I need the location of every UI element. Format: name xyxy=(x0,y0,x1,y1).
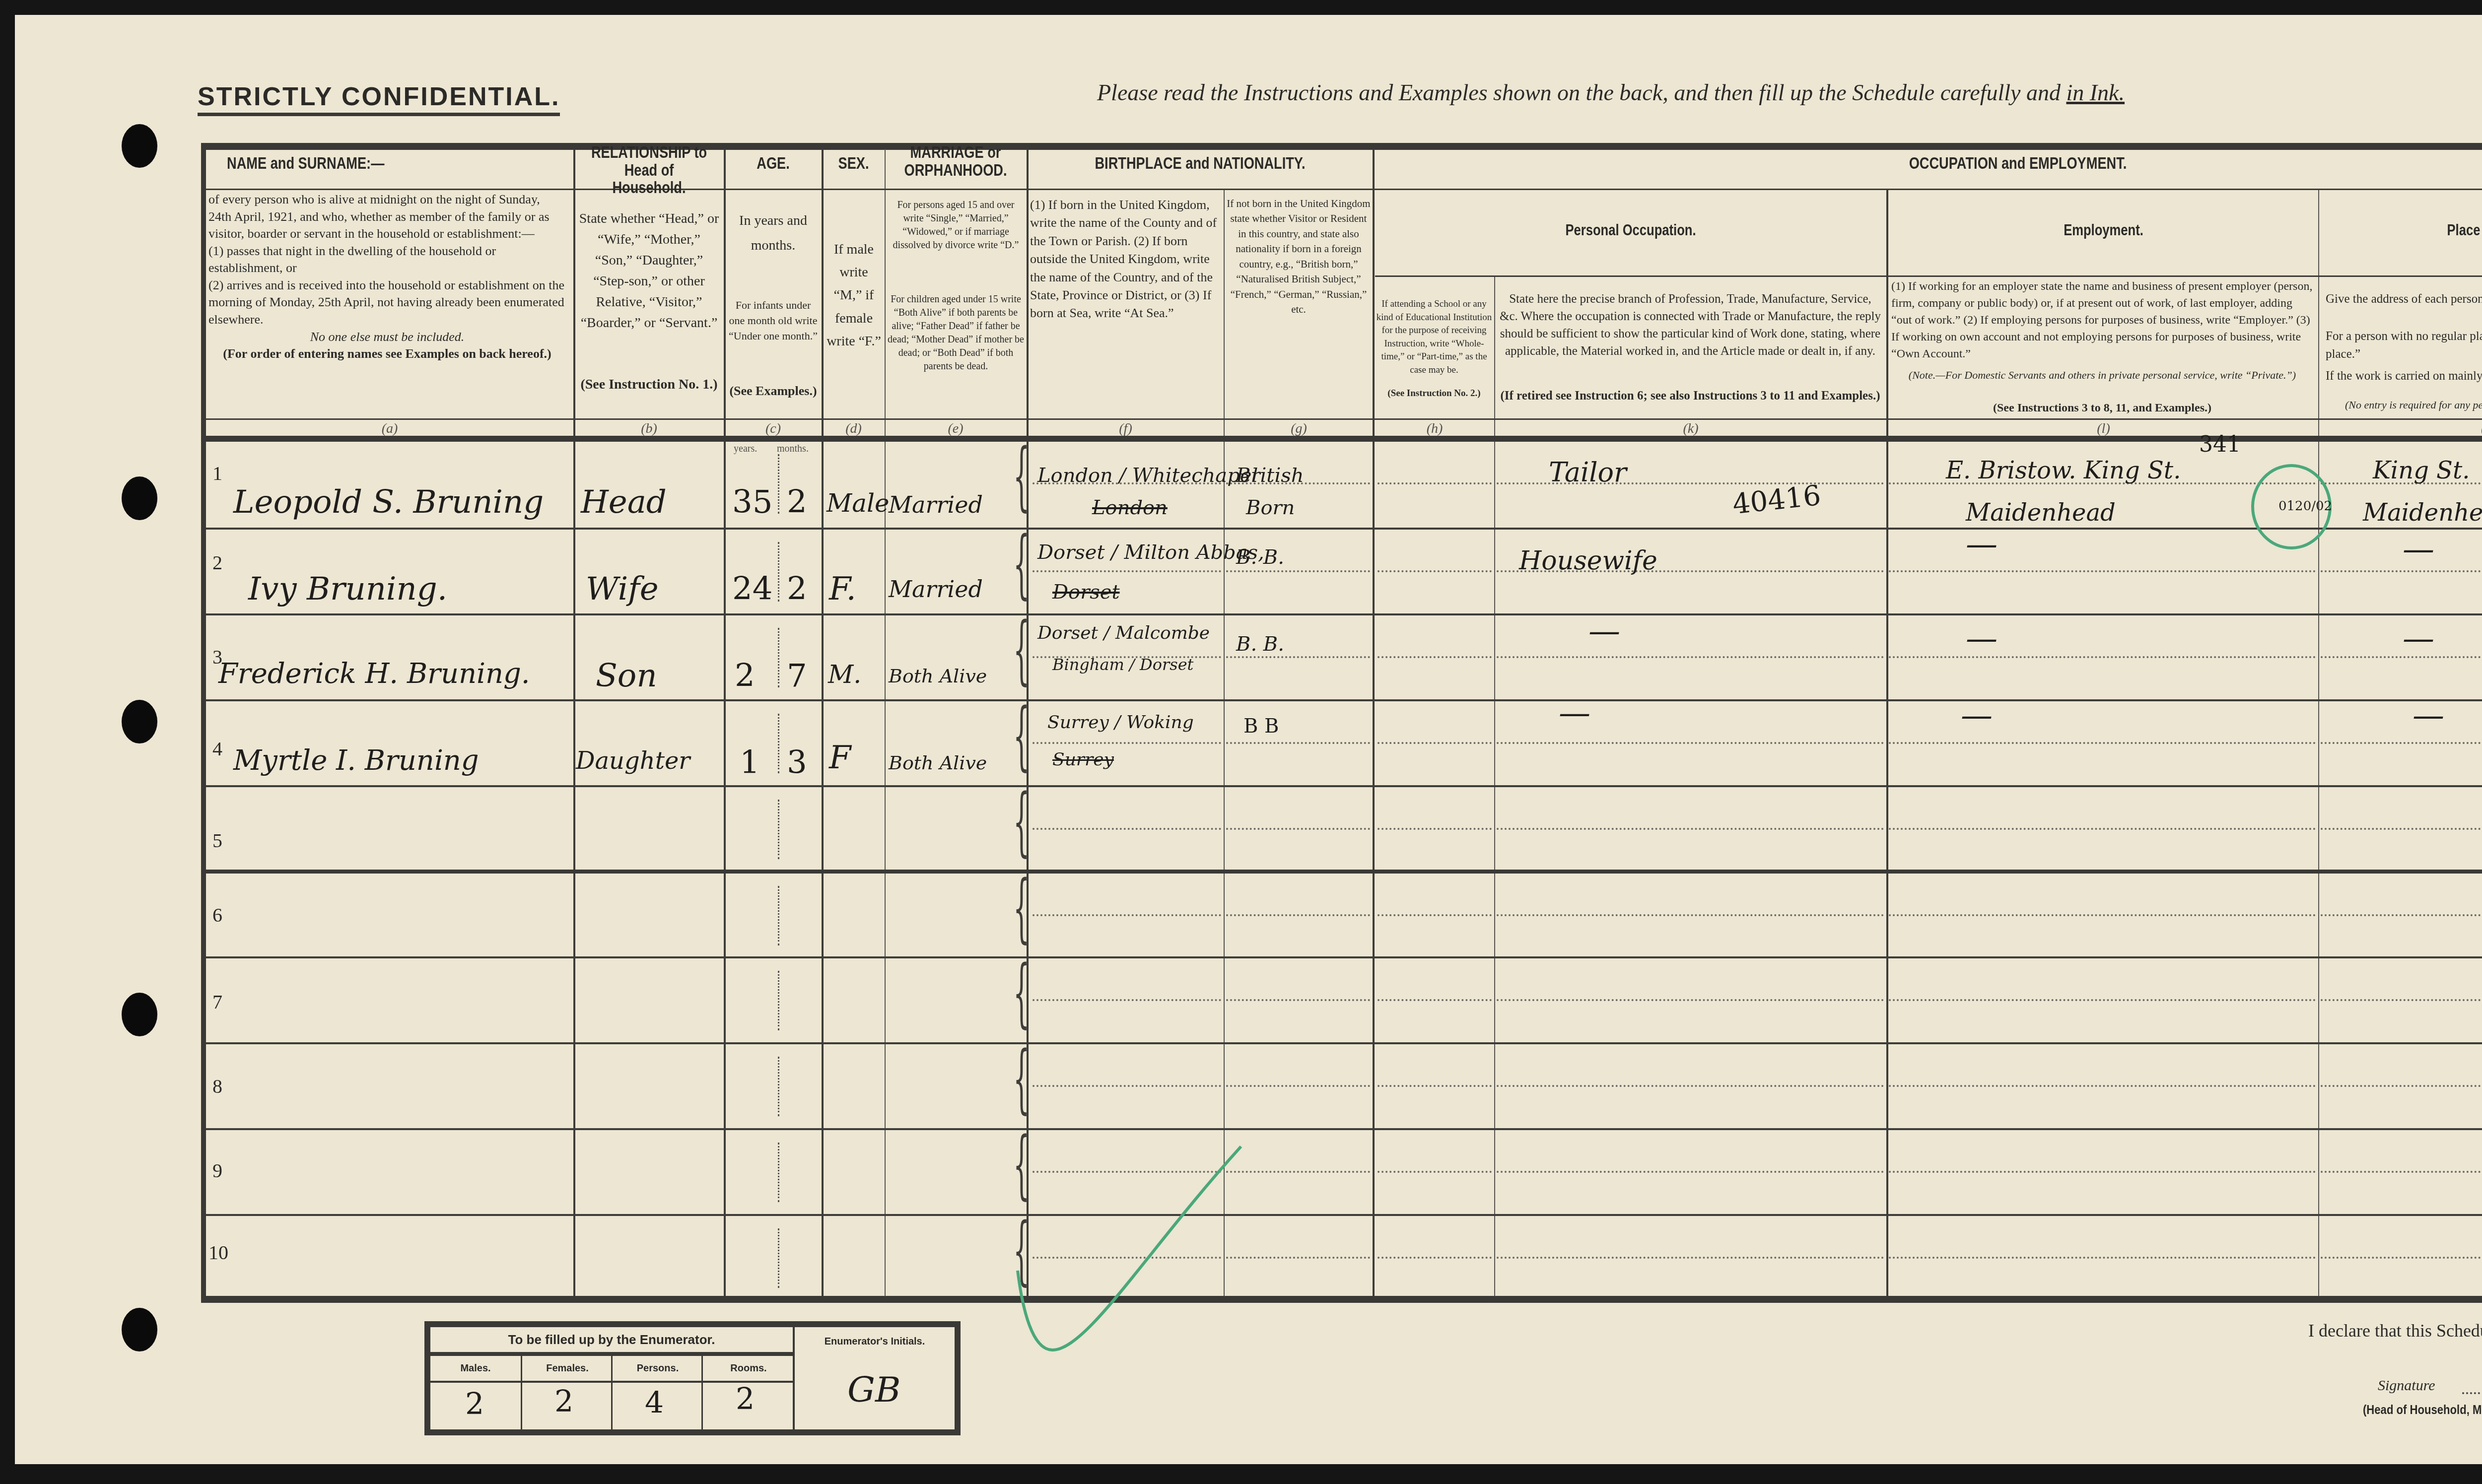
dotted-guide-line xyxy=(1033,570,1221,572)
dotted-guide-line xyxy=(2321,1085,2482,1087)
employer[interactable]: E. Bristow. King St. xyxy=(1946,457,2181,484)
green-checkmark xyxy=(1008,1142,1246,1390)
employer[interactable]: — xyxy=(1961,697,1993,734)
dotted-guide-line xyxy=(2321,1257,2482,1259)
enumerator-summary-box: To be filled up by the Enumerator. Enume… xyxy=(424,1321,961,1435)
column-ref-k: (k) xyxy=(1495,421,1886,437)
dotted-guide-line xyxy=(1497,828,1884,830)
employer-code: 341 xyxy=(2199,432,2241,457)
males-header: Males. xyxy=(430,1356,521,1383)
occupation-dash[interactable]: — xyxy=(1559,695,1590,732)
birthplace-line-2[interactable]: Bingham / Dorset xyxy=(1052,655,1193,674)
dotted-guide-line xyxy=(1889,999,2316,1001)
occupation-note: (If retired see Instruction 6; see also … xyxy=(1499,387,1881,405)
nationality-line-2[interactable]: Born xyxy=(1246,496,1295,519)
brace-icon: { xyxy=(1013,613,1030,687)
sex[interactable]: F. xyxy=(829,571,856,607)
place-of-work[interactable]: — xyxy=(2403,620,2434,657)
dotted-guide-line xyxy=(1889,656,2316,658)
sex[interactable]: Male xyxy=(827,489,890,518)
age-divider xyxy=(778,1143,779,1202)
males-count[interactable]: 2 xyxy=(465,1387,484,1421)
school-description: If attending a School or any kind of Edu… xyxy=(1375,298,1493,377)
nationality-description: If not born in the United Kingdom state … xyxy=(1226,196,1371,317)
school-note: (See Instruction No. 2.) xyxy=(1375,387,1493,401)
brace-icon: { xyxy=(1013,871,1030,945)
place-note: (No entry is required for any person who… xyxy=(2326,397,2482,412)
birthplace[interactable]: Dorset / Malcombe xyxy=(1037,623,1210,643)
dotted-guide-line xyxy=(1378,656,1492,658)
age-divider xyxy=(778,886,779,945)
personal-occupation-title: Personal Occupation. xyxy=(1426,222,1835,239)
relationship[interactable]: Head xyxy=(581,484,667,521)
sex[interactable]: M. xyxy=(828,660,861,689)
person-name[interactable]: Myrtle I. Bruning xyxy=(233,744,479,777)
name-column-description: of every person who is alive at midnight… xyxy=(208,191,566,363)
column-ref-d: (d) xyxy=(823,421,885,437)
persons-header: Persons. xyxy=(611,1356,703,1383)
brace-icon: { xyxy=(1013,699,1030,773)
birthplace-line-2[interactable]: Surrey xyxy=(1052,749,1114,770)
relationship[interactable]: Daughter xyxy=(576,747,690,775)
age-divider xyxy=(778,1057,779,1116)
dotted-guide-line xyxy=(1226,1171,1370,1173)
birthplace[interactable]: Surrey / Woking xyxy=(1047,712,1194,733)
row-number: 10 xyxy=(208,1241,228,1264)
dotted-guide-line xyxy=(1889,828,2316,830)
dotted-guide-line xyxy=(1497,1257,1884,1259)
column-ref-m: (m) xyxy=(2321,421,2482,437)
sex[interactable]: F xyxy=(829,740,851,776)
marriage-column-title: MARRIAGE or ORPHANHOOD. xyxy=(900,144,1011,179)
column-ref-g: (g) xyxy=(1225,421,1373,437)
dotted-guide-line xyxy=(2321,914,2482,916)
dotted-guide-line xyxy=(1226,656,1370,658)
age-divider xyxy=(778,628,779,687)
in-ink-emphasis: in Ink. xyxy=(2066,80,2125,105)
dotted-guide-line xyxy=(1497,742,1884,744)
birthplace[interactable]: Dorset / Milton Abbas, xyxy=(1037,541,1264,564)
nationality[interactable]: B. B. xyxy=(1236,633,1284,656)
dotted-guide-line xyxy=(1497,999,1884,1001)
age-divider xyxy=(778,454,779,514)
dotted-guide-line xyxy=(1889,1171,2316,1173)
employment-see: (See Instructions 3 to 8, 11, and Exampl… xyxy=(1891,400,2313,416)
birthplace-line-2[interactable]: London xyxy=(1092,496,1168,519)
age-divider xyxy=(778,542,779,602)
instructions-text: Please read the Instructions and Example… xyxy=(1097,80,2066,105)
row-number: 6 xyxy=(212,903,222,927)
rooms-header: Rooms. xyxy=(701,1356,794,1383)
dotted-guide-line xyxy=(1889,742,2316,744)
dotted-guide-line xyxy=(1378,1085,1492,1087)
dotted-guide-line xyxy=(1378,742,1492,744)
rooms-count[interactable]: 2 xyxy=(736,1382,755,1417)
brace-icon: { xyxy=(1013,1042,1030,1116)
marriage-status[interactable]: Married xyxy=(889,576,983,603)
dotted-guide-line xyxy=(1033,742,1221,744)
person-name[interactable]: Leopold S. Bruning xyxy=(233,484,544,521)
punch-hole xyxy=(122,476,157,520)
age-description: In years and months. xyxy=(727,208,819,259)
row-number: 2 xyxy=(212,551,222,574)
employment-note: (Note.—For Domestic Servants and others … xyxy=(1891,367,2313,383)
employer[interactable]: — xyxy=(1966,526,1998,563)
place-of-work-line-2[interactable]: Maidenhead xyxy=(2363,499,2482,527)
occupation-column-title: OCCUPATION and EMPLOYMENT. xyxy=(1504,155,2482,173)
age-divider xyxy=(778,1228,779,1288)
age-years[interactable]: 35 xyxy=(732,484,772,521)
column-ref-h: (h) xyxy=(1375,421,1494,437)
nationality[interactable]: B B xyxy=(1243,715,1279,738)
employer-code-2: 0120/02 xyxy=(2278,499,2332,514)
relationship[interactable]: Son xyxy=(596,658,657,694)
row-number: 9 xyxy=(212,1159,222,1182)
employer[interactable]: — xyxy=(1966,620,1998,657)
column-ref-b: (b) xyxy=(576,421,722,437)
dotted-guide-line xyxy=(1378,1171,1492,1173)
dotted-guide-line xyxy=(1889,1085,2316,1087)
sex-column-title: SEX. xyxy=(829,155,879,173)
females-count[interactable]: 2 xyxy=(554,1384,573,1419)
dotted-guide-line xyxy=(1226,999,1370,1001)
name-desc: (2) arrives and is received into the hou… xyxy=(208,277,566,329)
age-months-subheader: months. xyxy=(777,443,809,455)
dotted-guide-line xyxy=(1226,742,1370,744)
person-name[interactable]: Ivy Bruning. xyxy=(248,571,447,607)
dotted-guide-line xyxy=(2321,1171,2482,1173)
relationship-column-title: RELATIONSHIP to Head of Household. xyxy=(591,144,708,197)
place-description-1: Give the address of each person's place … xyxy=(2326,290,2482,308)
punch-hole xyxy=(122,124,157,168)
nationality[interactable]: B. B. xyxy=(1236,546,1284,569)
dotted-guide-line xyxy=(2321,999,2482,1001)
females-header: Females. xyxy=(521,1356,613,1383)
employment-description: (1) If working for an employer state the… xyxy=(1891,278,2313,362)
fill-instructions: Please read the Instructions and Example… xyxy=(1097,79,2125,106)
dotted-guide-line xyxy=(2321,828,2482,830)
marriage-description-children: For children aged under 15 write “Both A… xyxy=(888,293,1024,373)
birthplace-line-2[interactable]: Dorset xyxy=(1052,581,1120,604)
employer-line-2[interactable]: Maidenhead xyxy=(1966,499,2116,527)
age-note: For infants under one month old write “U… xyxy=(727,298,819,343)
birthplace-column-title: BIRTHPLACE and NATIONALITY. xyxy=(1062,155,1338,173)
age-months[interactable]: 3 xyxy=(787,744,807,781)
dotted-guide-line xyxy=(1226,570,1370,572)
confidential-title: STRICTLY CONFIDENTIAL. xyxy=(198,82,560,116)
column-ref-c: (c) xyxy=(725,421,822,437)
age-months[interactable]: 2 xyxy=(787,571,807,607)
punch-hole xyxy=(122,993,157,1036)
place-of-work[interactable]: — xyxy=(2413,697,2444,734)
signature-caption: (Head of Household, Manager of Establish… xyxy=(2363,1402,2482,1417)
dotted-guide-line xyxy=(1033,999,1221,1001)
column-ref-e: (e) xyxy=(886,421,1025,437)
person-name[interactable]: Frederick H. Bruning. xyxy=(218,658,530,690)
dotted-guide-line xyxy=(1378,482,1492,484)
age-divider xyxy=(778,714,779,773)
place-description-3: If the work is carried on mainly at home… xyxy=(2326,367,2482,385)
dotted-guide-line xyxy=(1226,828,1370,830)
age-years[interactable]: 2 xyxy=(735,658,755,694)
row-number: 8 xyxy=(212,1075,222,1098)
signature-label: Signature xyxy=(2378,1377,2435,1394)
signature-line xyxy=(2462,1392,2482,1394)
name-column-title: NAME and SURNAME:— xyxy=(227,155,394,173)
dotted-guide-line xyxy=(1889,570,2316,572)
occupation-description: State here the precise branch of Profess… xyxy=(1499,290,1881,360)
dotted-guide-line xyxy=(1378,914,1492,916)
birthplace[interactable]: London / Whitechapel xyxy=(1037,464,1258,487)
row-number: 4 xyxy=(212,737,222,760)
marriage-status[interactable]: Both Alive xyxy=(889,665,987,687)
place-of-work[interactable]: — xyxy=(2403,531,2434,568)
dotted-guide-line xyxy=(1497,914,1884,916)
dotted-guide-line xyxy=(1889,914,2316,916)
punch-hole xyxy=(122,700,157,743)
age-column-title: AGE. xyxy=(735,155,812,173)
column-ref-f: (f) xyxy=(1028,421,1224,437)
row-number: 1 xyxy=(212,462,222,485)
dotted-guide-line xyxy=(1497,1171,1884,1173)
age-months[interactable]: 2 xyxy=(787,484,807,521)
dotted-guide-line xyxy=(1033,1085,1221,1087)
row-number: 5 xyxy=(212,829,222,852)
dotted-guide-line xyxy=(1378,1257,1492,1259)
dotted-guide-line xyxy=(1033,828,1221,830)
age-years[interactable]: 1 xyxy=(740,744,760,781)
declaration-text: I declare that this Schedule is correctl… xyxy=(2308,1320,2482,1341)
dotted-guide-line xyxy=(1497,1085,1884,1087)
age-years-subheader: years. xyxy=(734,443,757,455)
relationship-description: State whether “Head,” or “Wife,” “Mother… xyxy=(578,208,720,334)
column-ref-l: (l) xyxy=(1889,421,2318,437)
dotted-guide-line xyxy=(1378,999,1492,1001)
place-of-work[interactable]: King St. xyxy=(2373,457,2470,484)
column-ref-a: (a) xyxy=(206,421,573,437)
dotted-guide-line xyxy=(1226,1257,1370,1259)
enumerator-initials: GB xyxy=(847,1369,900,1410)
name-desc: (For order of entering names see Example… xyxy=(208,345,566,363)
dotted-guide-line xyxy=(2321,656,2482,658)
brace-icon: { xyxy=(1013,785,1030,859)
row-number: 7 xyxy=(212,990,222,1013)
age-see: (See Examples.) xyxy=(727,382,819,401)
sex-description: If male write “M,” if female write “F.” xyxy=(824,238,884,353)
relationship-note: (See Instruction No. 1.) xyxy=(578,375,720,395)
dotted-guide-line xyxy=(1226,1085,1370,1087)
name-desc: of every person who is alive at midnight… xyxy=(208,191,566,243)
occupation[interactable]: Tailor xyxy=(1549,457,1627,488)
dotted-guide-line xyxy=(1033,914,1221,916)
dotted-guide-line xyxy=(2321,742,2482,744)
marriage-status[interactable]: Both Alive xyxy=(889,752,987,774)
brace-icon: { xyxy=(1013,527,1030,602)
age-divider xyxy=(778,800,779,859)
name-desc: No one else must be included. xyxy=(208,329,566,346)
dotted-guide-line xyxy=(1378,570,1492,572)
brace-icon: { xyxy=(1013,956,1030,1030)
marriage-description-adults: For persons aged 15 and over write “Sing… xyxy=(888,199,1024,252)
enumerator-summary-title: To be filled up by the Enumerator. xyxy=(430,1327,795,1356)
name-desc: (1) passes that night in the dwelling of… xyxy=(208,243,566,277)
birthplace-description: (1) If born in the United Kingdom, write… xyxy=(1030,196,1221,323)
relationship[interactable]: Wife xyxy=(586,571,659,607)
occupation-dash[interactable]: — xyxy=(1588,613,1620,650)
place-description-2: For a person with no regular place of wo… xyxy=(2326,328,2482,363)
occupation[interactable]: Housewife xyxy=(1519,546,1657,576)
dotted-guide-line xyxy=(1378,828,1492,830)
dotted-guide-line xyxy=(1889,1257,2316,1259)
age-months[interactable]: 7 xyxy=(787,658,807,694)
marriage-status[interactable]: Married xyxy=(889,491,983,518)
nationality[interactable]: British xyxy=(1236,464,1304,487)
place-of-work-title: Place of Work. xyxy=(2355,222,2482,239)
brace-icon: { xyxy=(1013,439,1030,514)
employment-title: Employment. xyxy=(1932,222,2275,239)
punch-hole xyxy=(122,1308,157,1351)
age-divider xyxy=(778,971,779,1030)
dotted-guide-line xyxy=(2321,570,2482,572)
dotted-guide-line xyxy=(1497,656,1884,658)
age-years[interactable]: 24 xyxy=(732,571,772,607)
dotted-guide-line xyxy=(1226,914,1370,916)
persons-count[interactable]: 4 xyxy=(645,1386,664,1420)
